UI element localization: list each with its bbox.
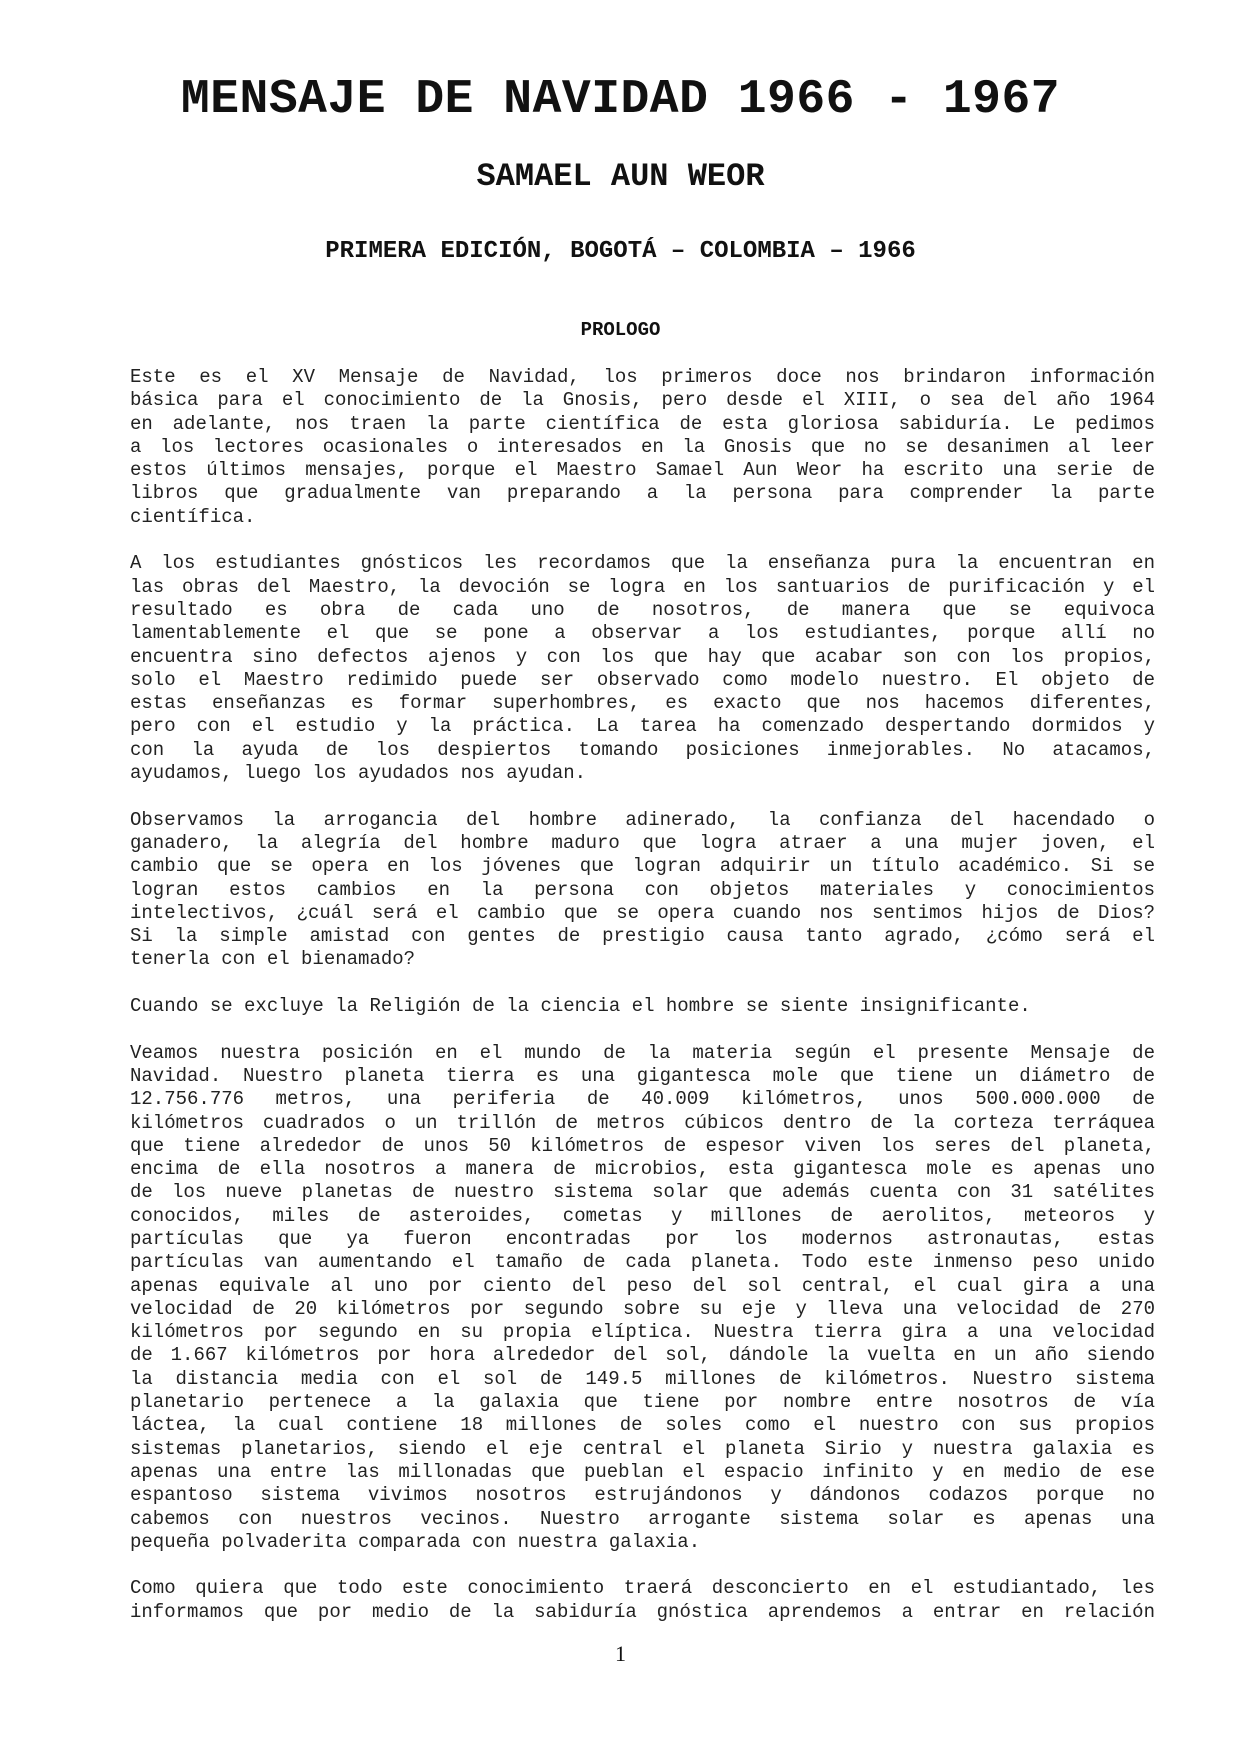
text-line: con la ayuda de los despiertos tomando p… [130, 739, 1155, 762]
text-line: apenas equivale al uno por ciento del pe… [130, 1275, 1155, 1298]
paragraph-5: Veamos nuestra posición en el mundo de l… [130, 1042, 1155, 1555]
text-line: láctea, la cual contiene 18 millones de … [130, 1414, 1155, 1437]
document-title: MENSAJE DE NAVIDAD 1966 - 1967 [0, 70, 1241, 130]
text-line: de los nueve planetas de nuestro sistema… [130, 1181, 1155, 1204]
text-line: la distancia media con el sol de 149.5 m… [130, 1368, 1155, 1391]
text-line: estos últimos mensajes, porque el Maestr… [130, 459, 1155, 482]
text-line: científica. [130, 506, 1155, 529]
body-text: Este es el XV Mensaje de Navidad, los pr… [130, 366, 1155, 1647]
text-line: de 1.667 kilómetros por hora alrededor d… [130, 1344, 1155, 1367]
text-line: encima de ella nosotros a manera de micr… [130, 1158, 1155, 1181]
text-line: kilómetros cuadrados o un trillón de met… [130, 1112, 1155, 1135]
text-line: planetario pertenece a la galaxia que ti… [130, 1391, 1155, 1414]
text-line: partículas que ya fueron encontradas por… [130, 1228, 1155, 1251]
text-line: conocidos, miles de asteroides, cometas … [130, 1205, 1155, 1228]
text-line: ayudamos, luego los ayudados nos ayudan. [130, 762, 1155, 785]
text-line: cambio que se opera en los jóvenes que l… [130, 855, 1155, 878]
text-line: sistemas planetarios, siendo el eje cent… [130, 1438, 1155, 1461]
text-line: estas enseñanzas es formar superhombres,… [130, 692, 1155, 715]
edition-line: PRIMERA EDICIÓN, BOGOTÁ – COLOMBIA – 196… [0, 237, 1241, 267]
text-line: Si la simple amistad con gentes de prest… [130, 925, 1155, 948]
text-line: logran estos cambios en la persona con o… [130, 879, 1155, 902]
text-line: apenas una entre las millonadas que pueb… [130, 1461, 1155, 1484]
paragraph-6: Como quiera que todo este conocimiento t… [130, 1577, 1155, 1624]
section-heading-prologo: PROLOGO [0, 318, 1241, 342]
text-line: intelectivos, ¿cuál será el cambio que s… [130, 902, 1155, 925]
text-line: tenerla con el bienamado? [130, 948, 1155, 971]
text-line: encuentra sino defectos ajenos y con los… [130, 646, 1155, 669]
text-line: velocidad de 20 kilómetros por segundo s… [130, 1298, 1155, 1321]
document-page: MENSAJE DE NAVIDAD 1966 - 1967 SAMAEL AU… [0, 0, 1241, 1754]
text-line: Veamos nuestra posición en el mundo de l… [130, 1042, 1155, 1065]
paragraph-3: Observamos la arrogancia del hombre adin… [130, 809, 1155, 972]
text-line: espantoso sistema vivimos nosotros estru… [130, 1484, 1155, 1507]
text-line: lamentablemente el que se pone a observa… [130, 622, 1155, 645]
page-number: 1 [0, 1640, 1241, 1668]
text-line: las obras del Maestro, la devoción se lo… [130, 576, 1155, 599]
paragraph-2: A los estudiantes gnósticos les recordam… [130, 552, 1155, 785]
text-line: pero con el estudio y la práctica. La ta… [130, 715, 1155, 738]
text-line: pequeña polvaderita comparada con nuestr… [130, 1531, 1155, 1554]
text-line: Navidad. Nuestro planeta tierra es una g… [130, 1065, 1155, 1088]
text-line: básica para el conocimiento de la Gnosis… [130, 389, 1155, 412]
text-line: 12.756.776 metros, una periferia de 40.0… [130, 1088, 1155, 1111]
text-line: Este es el XV Mensaje de Navidad, los pr… [130, 366, 1155, 389]
paragraph-1: Este es el XV Mensaje de Navidad, los pr… [130, 366, 1155, 529]
text-line: en adelante, nos traen la parte científi… [130, 413, 1155, 436]
text-line: kilómetros por segundo en su propia elíp… [130, 1321, 1155, 1344]
text-line: A los estudiantes gnósticos les recordam… [130, 552, 1155, 575]
text-line: solo el Maestro redimido puede ser obser… [130, 669, 1155, 692]
author-name: SAMAEL AUN WEOR [0, 157, 1241, 197]
text-line: cabemos con nuestros vecinos. Nuestro ar… [130, 1508, 1155, 1531]
paragraph-4: Cuando se excluye la Religión de la cien… [130, 995, 1155, 1018]
text-line: ganadero, la alegría del hombre maduro q… [130, 832, 1155, 855]
text-line: que tiene alrededor de unos 50 kilómetro… [130, 1135, 1155, 1158]
text-line: resultado es obra de cada uno de nosotro… [130, 599, 1155, 622]
text-line: libros que gradualmente van preparando a… [130, 482, 1155, 505]
text-line: Cuando se excluye la Religión de la cien… [130, 995, 1155, 1018]
text-line: partículas van aumentando el tamaño de c… [130, 1251, 1155, 1274]
text-line: Como quiera que todo este conocimiento t… [130, 1577, 1155, 1600]
text-line: Observamos la arrogancia del hombre adin… [130, 809, 1155, 832]
text-line: a los lectores ocasionales o interesados… [130, 436, 1155, 459]
text-line: informamos que por medio de la sabiduría… [130, 1601, 1155, 1624]
